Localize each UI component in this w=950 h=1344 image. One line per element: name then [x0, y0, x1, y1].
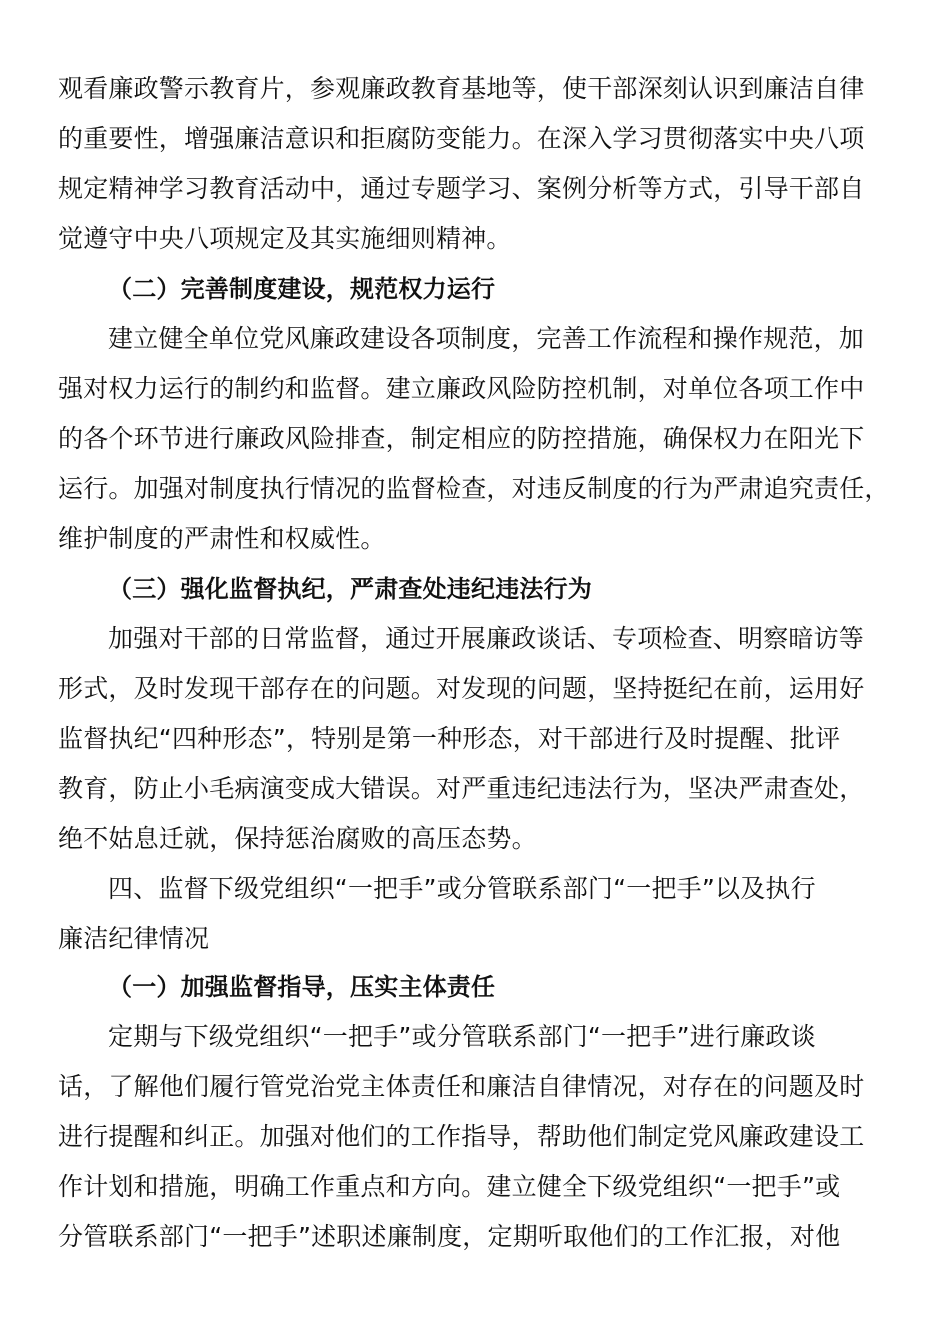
body-line: 维护制度的严肃性和权威性。	[58, 524, 386, 554]
chapter-title-line: 四、监督下级党组织“一把手”或分管联系部门“一把手”以及执行	[108, 874, 816, 904]
document-page: 观看廉政警示教育片，参观廉政教育基地等，使干部深刻认识到廉洁自律 的重要性，增强…	[0, 0, 950, 1344]
chapter-title-line: 廉洁纪律情况	[58, 924, 209, 954]
body-line: 作计划和措施，明确工作重点和方向。建立健全下级党组织“一把手”或	[58, 1172, 840, 1202]
section-heading: （二）完善制度建设，规范权力运行	[108, 274, 495, 304]
body-line: 分管联系部门“一把手”述职述廉制度，定期听取他们的工作汇报，对他	[58, 1222, 840, 1252]
body-line: 形式，及时发现干部存在的问题。对发现的问题，坚持挺纪在前，运用好	[58, 674, 864, 704]
paragraph-first-line: 建立健全单位党风廉政建设各项制度，完善工作流程和操作规范，加	[108, 324, 864, 354]
body-line: 的各个环节进行廉政风险排查，制定相应的防控措施，确保权力在阳光下	[58, 424, 864, 454]
section-heading: （一）加强监督指导，压实主体责任	[108, 972, 495, 1002]
body-line: 教育，防止小毛病演变成大错误。对严重违纪违法行为，坚决严肃查处，	[58, 774, 864, 804]
body-line: 强对权力运行的制约和监督。建立廉政风险防控机制，对单位各项工作中	[58, 374, 864, 404]
body-line: 觉遵守中央八项规定及其实施细则精神。	[58, 224, 512, 254]
section-heading: （三）强化监督执纪，严肃查处违纪违法行为	[108, 574, 592, 604]
body-line: 规定精神学习教育活动中，通过专题学习、案例分析等方式，引导干部自	[58, 174, 864, 204]
paragraph-first-line: 定期与下级党组织“一把手”或分管联系部门“一把手”进行廉政谈	[108, 1022, 816, 1052]
body-line: 运行。加强对制度执行情况的监督检查，对违反制度的行为严肃追究责任，	[58, 474, 890, 504]
body-line: 绝不姑息迁就，保持惩治腐败的高压态势。	[58, 824, 537, 854]
body-line: 观看廉政警示教育片，参观廉政教育基地等，使干部深刻认识到廉洁自律	[58, 74, 864, 104]
body-line: 监督执纪“四种形态”，特别是第一种形态，对干部进行及时提醒、批评	[58, 724, 840, 754]
body-line: 进行提醒和纠正。加强对他们的工作指导，帮助他们制定党风廉政建设工	[58, 1122, 864, 1152]
body-line: 话，了解他们履行管党治党主体责任和廉洁自律情况，对存在的问题及时	[58, 1072, 864, 1102]
paragraph-first-line: 加强对干部的日常监督，通过开展廉政谈话、专项检查、明察暗访等	[108, 624, 864, 654]
body-line: 的重要性，增强廉洁意识和拒腐防变能力。在深入学习贯彻落实中央八项	[58, 124, 864, 154]
